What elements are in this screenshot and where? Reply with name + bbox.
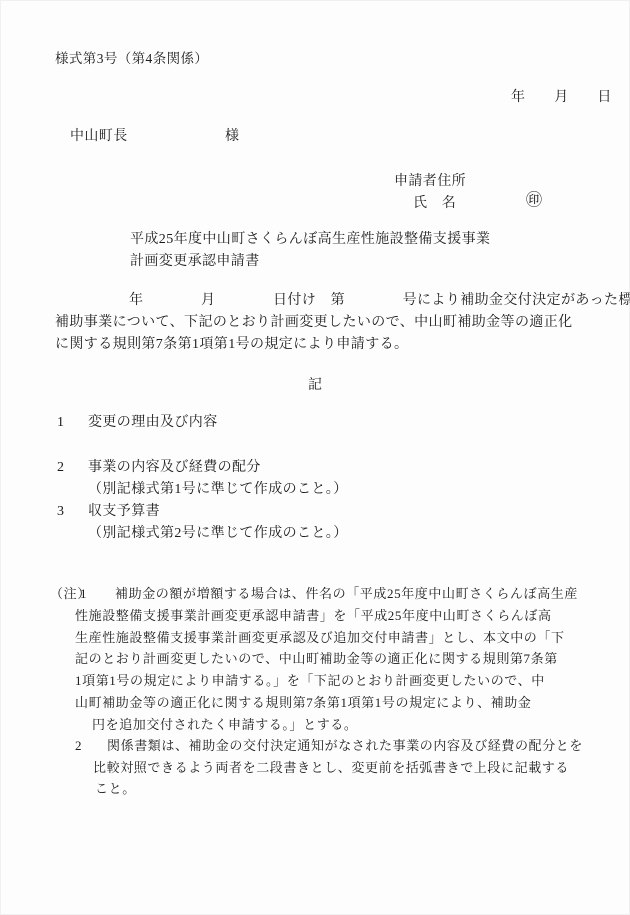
note-1-line: 1項第1号の規定により申請する。」を「下記のとおり計画変更したいので、中 [75, 672, 545, 689]
note-1-line: 山町補助金等の適正化に関する規則第7条第1項第1号の規定により、補助金 [75, 694, 532, 711]
section-marker: 記 [0, 377, 630, 394]
document-title-line-2: 計画変更承認申請書 [130, 253, 260, 270]
note-1-line: 補助金の額が増額する場合は、件名の「平成25年度中山町さくらんぼ高生産 [115, 585, 578, 602]
document-page: 様式第3号（第4条関係） 年 月 日 中山町長 様 申請者住所 氏 名 ㊞ 平成… [0, 0, 630, 915]
note-2-line: 比較対照できるよう両者を二段書きとし、変更前を括弧書きで上段に記載する [93, 759, 569, 776]
note-2-number: 2 [75, 737, 82, 754]
note-1-line: 記のとおり計画変更したいので、中山町補助金等の適正化に関する規則第7条第 [75, 650, 558, 667]
list-item-2-number: 2 [57, 459, 64, 476]
note-2-line: 関係書類は、補助金の交付決定通知がなされた事業の内容及び経費の配分とを [107, 737, 583, 754]
note-1-line: 円を追加交付されたく申請する。」とする。 [92, 716, 358, 733]
list-item-2-text: 事業の内容及び経費の配分 [88, 459, 261, 476]
seal-mark-icon: ㊞ [526, 192, 542, 209]
addressee-recipient: 中山町長 [70, 128, 128, 145]
document-title-line-1: 平成25年度中山町さくらんぼ高生産性施設整備支援事業 [130, 231, 490, 248]
list-item-1-number: 1 [57, 414, 64, 431]
note-2-line: こと。 [95, 780, 136, 797]
body-paragraph-line-2: 補助事業について、下記のとおり計画変更したいので、中山町補助金等の適正化 [55, 314, 573, 331]
applicant-name-label: 氏 名 [413, 195, 456, 212]
note-1-number: 1 [80, 585, 87, 602]
body-paragraph-line-3: に関する規則第7条第1項第1号の規定により申請する。 [55, 336, 408, 353]
applicant-address-label: 申請者住所 [394, 173, 466, 190]
form-number: 様式第3号（第4条関係） [55, 50, 208, 67]
list-item-3-number: 3 [57, 503, 64, 520]
list-item-1-text: 変更の理由及び内容 [88, 414, 218, 431]
list-item-3-note: （別記様式第2号に準じて作成のこと。） [88, 525, 348, 542]
list-item-2-note: （別記様式第1号に準じて作成のこと。） [88, 481, 348, 498]
body-paragraph-line-1: 年 月 日付け 第 号により補助金交付決定があった標記 [129, 292, 630, 309]
note-1-line: 性施設整備支援事業計画変更承認申請書」を「平成25年度中山町さくらんぼ高 [75, 607, 552, 624]
addressee-honorific: 様 [225, 128, 239, 145]
list-item-3-text: 収支予算書 [88, 503, 160, 520]
note-1-line: 生産性施設整備支援事業計画変更承認及び追加交付申請書」とし、本文中の「下 [75, 629, 565, 646]
date-line: 年 月 日 [511, 89, 612, 106]
